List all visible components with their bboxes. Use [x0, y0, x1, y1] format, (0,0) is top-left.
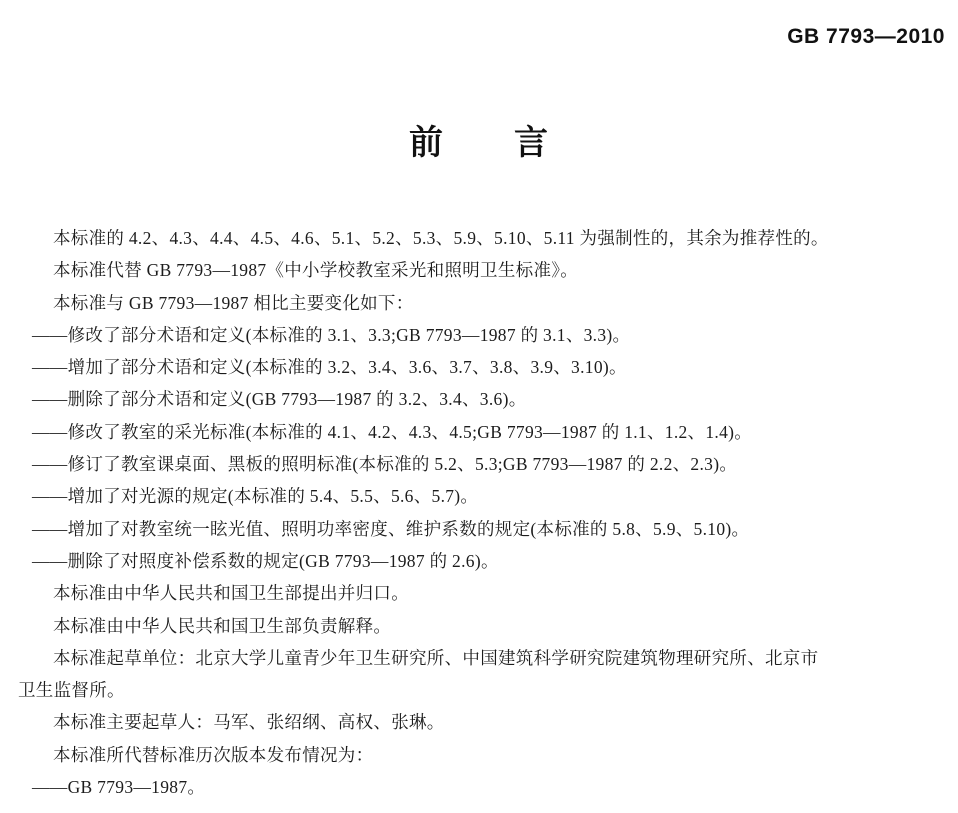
- text-line: ——修订了教室课桌面、黑板的照明标准(本标准的 5.2、5.3;GB 7793—…: [18, 448, 946, 480]
- text-line: ——增加了对教室统一眩光值、照明功率密度、维护系数的规定(本标准的 5.8、5.…: [18, 513, 946, 545]
- text-line: 本标准与 GB 7793—1987 相比主要变化如下：: [18, 287, 946, 319]
- text-line: 本标准由中华人民共和国卫生部负责解释。: [18, 610, 946, 642]
- text-line: 本标准的 4.2、4.3、4.4、4.5、4.6、5.1、5.2、5.3、5.9…: [18, 222, 946, 254]
- text-line: 本标准所代替标准历次版本发布情况为：: [18, 739, 946, 771]
- text-line: 本标准主要起草人：马军、张绍纲、高权、张琳。: [18, 706, 946, 738]
- text-line: ——删除了部分术语和定义(GB 7793—1987 的 3.2、3.4、3.6)…: [18, 383, 946, 415]
- text-line: ——GB 7793—1987。: [18, 771, 946, 803]
- text-line: 本标准起草单位：北京大学儿童青少年卫生研究所、中国建筑科学研究院建筑物理研究所、…: [18, 642, 946, 674]
- text-line: ——删除了对照度补偿系数的规定(GB 7793—1987 的 2.6)。: [18, 545, 946, 577]
- foreword-body: 本标准的 4.2、4.3、4.4、4.5、4.6、5.1、5.2、5.3、5.9…: [0, 222, 958, 803]
- text-line: ——增加了对光源的规定(本标准的 5.4、5.5、5.6、5.7)。: [18, 480, 946, 512]
- document-page: GB 7793—2010 前 言 本标准的 4.2、4.3、4.4、4.5、4.…: [0, 0, 958, 813]
- text-line: ——修改了教室的采光标准(本标准的 4.1、4.2、4.3、4.5;GB 779…: [18, 416, 946, 448]
- text-line: ——增加了部分术语和定义(本标准的 3.2、3.4、3.6、3.7、3.8、3.…: [18, 351, 946, 383]
- text-line: ——修改了部分术语和定义(本标准的 3.1、3.3;GB 7793—1987 的…: [18, 319, 946, 351]
- text-line: 卫生监督所。: [18, 674, 946, 706]
- text-line: 本标准代替 GB 7793—1987《中小学校教室采光和照明卫生标准》。: [18, 254, 946, 286]
- text-line: 本标准由中华人民共和国卫生部提出并归口。: [18, 577, 946, 609]
- foreword-title: 前 言: [0, 126, 958, 162]
- standard-number: GB 7793—2010: [0, 0, 958, 49]
